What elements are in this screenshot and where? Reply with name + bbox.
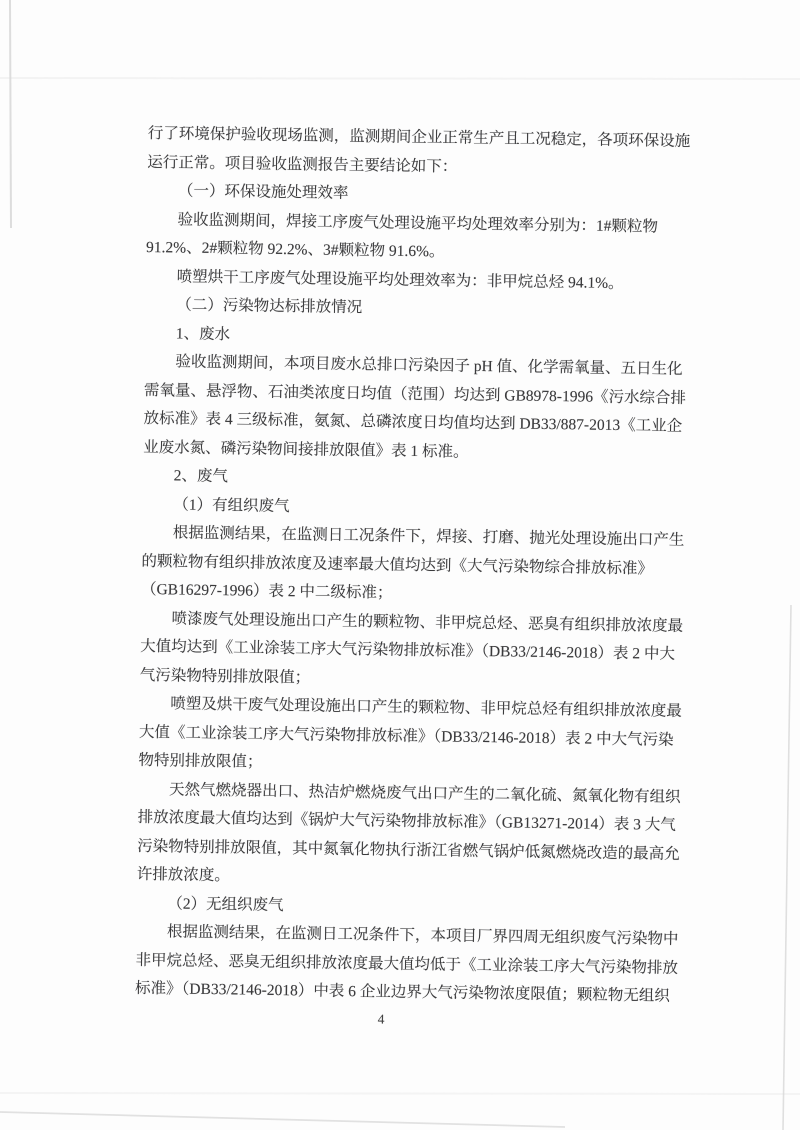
scan-band-top [0, 78, 800, 79]
document-text-block: 行了环境保护验收现场监测，监测期间企业正常生产且工况稳定，各项环保设施运行正常。… [135, 120, 693, 1011]
scanned-document-page: 行了环境保护验收现场监测，监测期间企业正常生产且工况稳定，各项环保设施运行正常。… [0, 0, 800, 1130]
scan-band-bottom [0, 1093, 800, 1094]
scan-edge-left-line [10, 0, 11, 228]
document-lines: 行了环境保护验收现场监测，监测期间企业正常生产且工况稳定，各项环保设施运行正常。… [135, 120, 693, 1011]
page-number: 4 [378, 1012, 385, 1028]
scan-edge-right-line [783, 605, 791, 1130]
scan-edge-bottom-diagonal [0, 1112, 565, 1127]
